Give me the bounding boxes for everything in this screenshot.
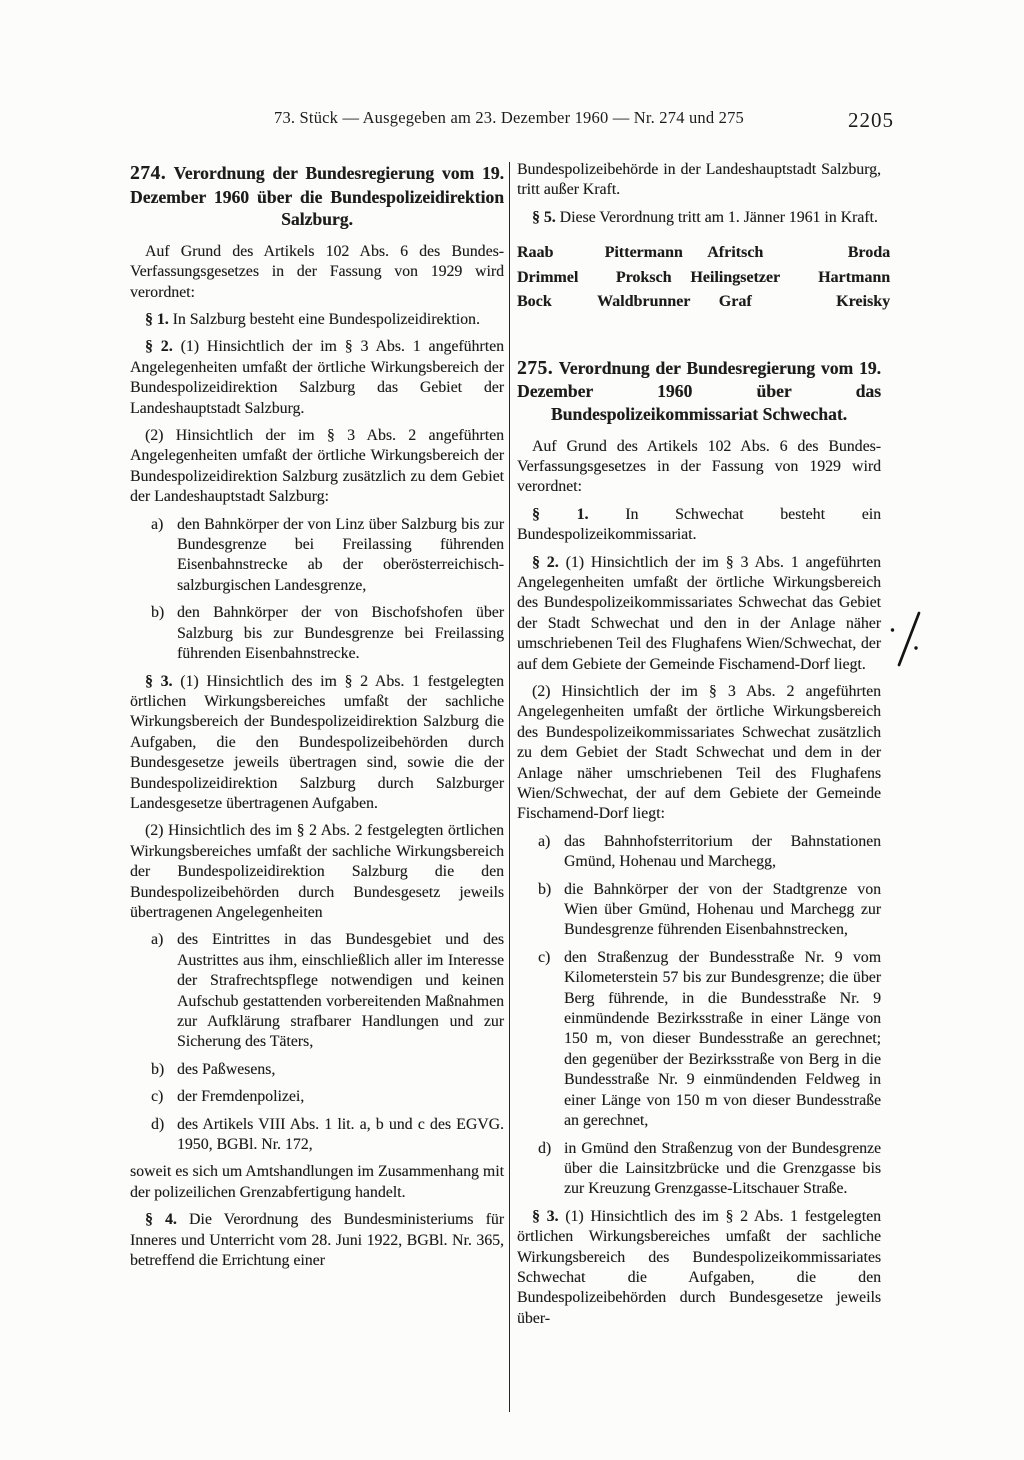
par-274-s1: § 1. In Salzburg besteht eine Bundespoli…	[130, 310, 504, 330]
handwritten-slash-mark	[888, 608, 930, 672]
par-274-s4-continuation: Bundespolizeibehörde in der Landeshaupts…	[517, 160, 881, 201]
section-3-lead: § 3.	[532, 1208, 558, 1225]
list-text: das Bahnhofsterritorium der Bahnstatione…	[564, 833, 881, 870]
header-issue-line: 73. Stück — Ausgegeben am 23. Dezember 1…	[274, 108, 744, 128]
list-label: d)	[151, 1115, 164, 1135]
list-text: den Straßenzug der Bundesstraße Nr. 9 vo…	[564, 949, 881, 1129]
section-3-abs1-text: (1) Hinsichtlich des im § 2 Abs. 1 festg…	[517, 1208, 881, 1327]
left-column: 274. Verordnung der Bundesregierung vom …	[130, 160, 504, 1412]
gazette-scanned-page: 73. Stück — Ausgegeben am 23. Dezember 1…	[0, 0, 1024, 1460]
section-1-lead: § 1.	[532, 506, 588, 523]
section-5-lead: § 5.	[532, 209, 556, 226]
list-item-274-s3-b: b) des Paßwesens,	[130, 1060, 504, 1080]
list-item-275-s2-c: c) den Straßenzug der Bundesstraße Nr. 9…	[517, 948, 881, 1132]
section-1-text: In Salzburg besteht eine Bundespolizeidi…	[173, 311, 480, 328]
list-item-274-s3-c: c) der Fremdenpolizei,	[130, 1087, 504, 1107]
section-3-lead: § 3.	[145, 673, 172, 690]
list-item-275-s2-a: a) das Bahnhofsterritorium der Bahnstati…	[517, 832, 881, 873]
section-4-text: Die Verordnung des Bundesministeriums fü…	[130, 1211, 504, 1269]
par-274-s2-abs1: § 2. (1) Hinsichtlich der im § 3 Abs. 1 …	[130, 337, 504, 419]
signature-name: Kreisky	[780, 290, 890, 315]
par-275-s2-abs2: (2) Hinsichtlich der im § 3 Abs. 2 angef…	[517, 682, 881, 825]
section-2-lead: § 2.	[532, 554, 559, 571]
signature-name: Proksch	[597, 266, 690, 291]
signature-block: Raab Pittermann Afritsch Broda Drimmel P…	[517, 241, 881, 315]
right-column: Bundespolizeibehörde in der Landeshaupts…	[517, 160, 881, 1412]
ordinance-274-title-text: Verordnung der Bundesregierung vom 19. D…	[130, 163, 504, 229]
signature-name: Heilingsetzer	[690, 266, 780, 291]
par-274-s3-abs2: (2) Hinsichtlich des im § 2 Abs. 2 festg…	[130, 821, 504, 923]
par-274-s2-abs2: (2) Hinsichtlich der im § 3 Abs. 2 angef…	[130, 426, 504, 508]
list-text: des Paßwesens,	[177, 1061, 275, 1078]
section-3-abs1-text: (1) Hinsichtlich des im § 2 Abs. 1 festg…	[130, 673, 504, 812]
page-number: 2205	[848, 108, 894, 133]
list-item-274-s3-d: d) des Artikels VIII Abs. 1 lit. a, b un…	[130, 1115, 504, 1156]
list-item-275-s2-b: b) die Bahnkörper der von der Stadtgrenz…	[517, 880, 881, 941]
signature-name: Bock	[517, 290, 597, 315]
list-text: des Eintrittes in das Bundesgebiet und d…	[177, 931, 504, 1050]
par-274-s3-abs1: § 3. (1) Hinsichtlich des im § 2 Abs. 1 …	[130, 672, 504, 815]
signature-name: Drimmel	[517, 266, 597, 291]
par-274-intro: Auf Grund des Artikels 102 Abs. 6 des Bu…	[130, 242, 504, 303]
list-item-274-s2-a: a) den Bahnkörper der von Linz über Salz…	[130, 515, 504, 597]
par-274-s5: § 5. Diese Verordnung tritt am 1. Jänner…	[517, 208, 881, 228]
page-header: 73. Stück — Ausgegeben am 23. Dezember 1…	[130, 108, 888, 136]
list-label: b)	[151, 603, 164, 623]
list-item-274-s3-a: a) des Eintrittes in das Bundesgebiet un…	[130, 930, 504, 1052]
par-275-s1: § 1. In Schwechat besteht ein Bundespoli…	[517, 505, 881, 546]
list-text: des Artikels VIII Abs. 1 lit. a, b und c…	[177, 1116, 504, 1153]
list-label: d)	[538, 1139, 551, 1159]
ordinance-275-number: 275.	[517, 358, 553, 379]
ordinance-275-title-text: Verordnung der Bundesregierung vom 19. D…	[517, 358, 881, 424]
list-text: in Gmünd den Straßenzug von der Bundesgr…	[564, 1140, 881, 1198]
list-text: den Bahnkörper der von Bischofshofen übe…	[177, 604, 504, 662]
par-274-s3-tail: soweit es sich um Amtshandlungen im Zusa…	[130, 1162, 504, 1203]
signature-name: Afritsch	[690, 241, 780, 266]
section-4-lead: § 4.	[145, 1211, 177, 1228]
list-text: der Fremdenpolizei,	[177, 1088, 304, 1105]
column-divider-rule	[509, 162, 510, 1412]
par-275-s2-abs1: § 2. (1) Hinsichtlich der im § 3 Abs. 1 …	[517, 553, 881, 675]
section-5-text: Diese Verordnung tritt am 1. Jänner 1961…	[560, 209, 878, 226]
list-label: b)	[538, 880, 551, 900]
list-item-274-s2-b: b) den Bahnkörper der von Bischofshofen …	[130, 603, 504, 664]
list-label: a)	[151, 930, 163, 950]
signature-name: Pittermann	[597, 241, 690, 266]
signature-name: Raab	[517, 241, 597, 266]
list-label: b)	[151, 1060, 164, 1080]
list-text: den Bahnkörper der von Linz über Salzbur…	[177, 516, 504, 594]
list-label: c)	[151, 1087, 163, 1107]
list-text: die Bahnkörper der von der Stadtgrenze v…	[564, 881, 881, 939]
ordinance-275-title: 275. Verordnung der Bundesregierung vom …	[517, 357, 881, 426]
ordinance-274-title: 274. Verordnung der Bundesregierung vom …	[130, 162, 504, 231]
section-2-abs1-text: (1) Hinsichtlich der im § 3 Abs. 1 angef…	[130, 338, 504, 416]
list-item-275-s2-d: d) in Gmünd den Straßenzug von der Bunde…	[517, 1139, 881, 1200]
signature-name: Graf	[690, 290, 780, 315]
par-274-s4: § 4. Die Verordnung des Bundesministeriu…	[130, 1210, 504, 1271]
par-275-intro: Auf Grund des Artikels 102 Abs. 6 des Bu…	[517, 437, 881, 498]
par-275-s3-abs1: § 3. (1) Hinsichtlich des im § 2 Abs. 1 …	[517, 1207, 881, 1329]
ordinance-274-number: 274.	[130, 163, 166, 184]
list-label: c)	[538, 948, 550, 968]
section-2-abs1-text: (1) Hinsichtlich der im § 3 Abs. 1 angef…	[517, 554, 881, 673]
two-column-body: 274. Verordnung der Bundesregierung vom …	[130, 160, 888, 1412]
signature-name: Broda	[780, 241, 890, 266]
signature-name: Waldbrunner	[597, 290, 690, 315]
list-label: a)	[151, 515, 163, 535]
section-2-lead: § 2.	[145, 338, 173, 355]
list-label: a)	[538, 832, 550, 852]
page-content: 73. Stück — Ausgegeben am 23. Dezember 1…	[130, 108, 888, 1412]
section-1-lead: § 1.	[145, 311, 169, 328]
signature-name: Hartmann	[780, 266, 890, 291]
